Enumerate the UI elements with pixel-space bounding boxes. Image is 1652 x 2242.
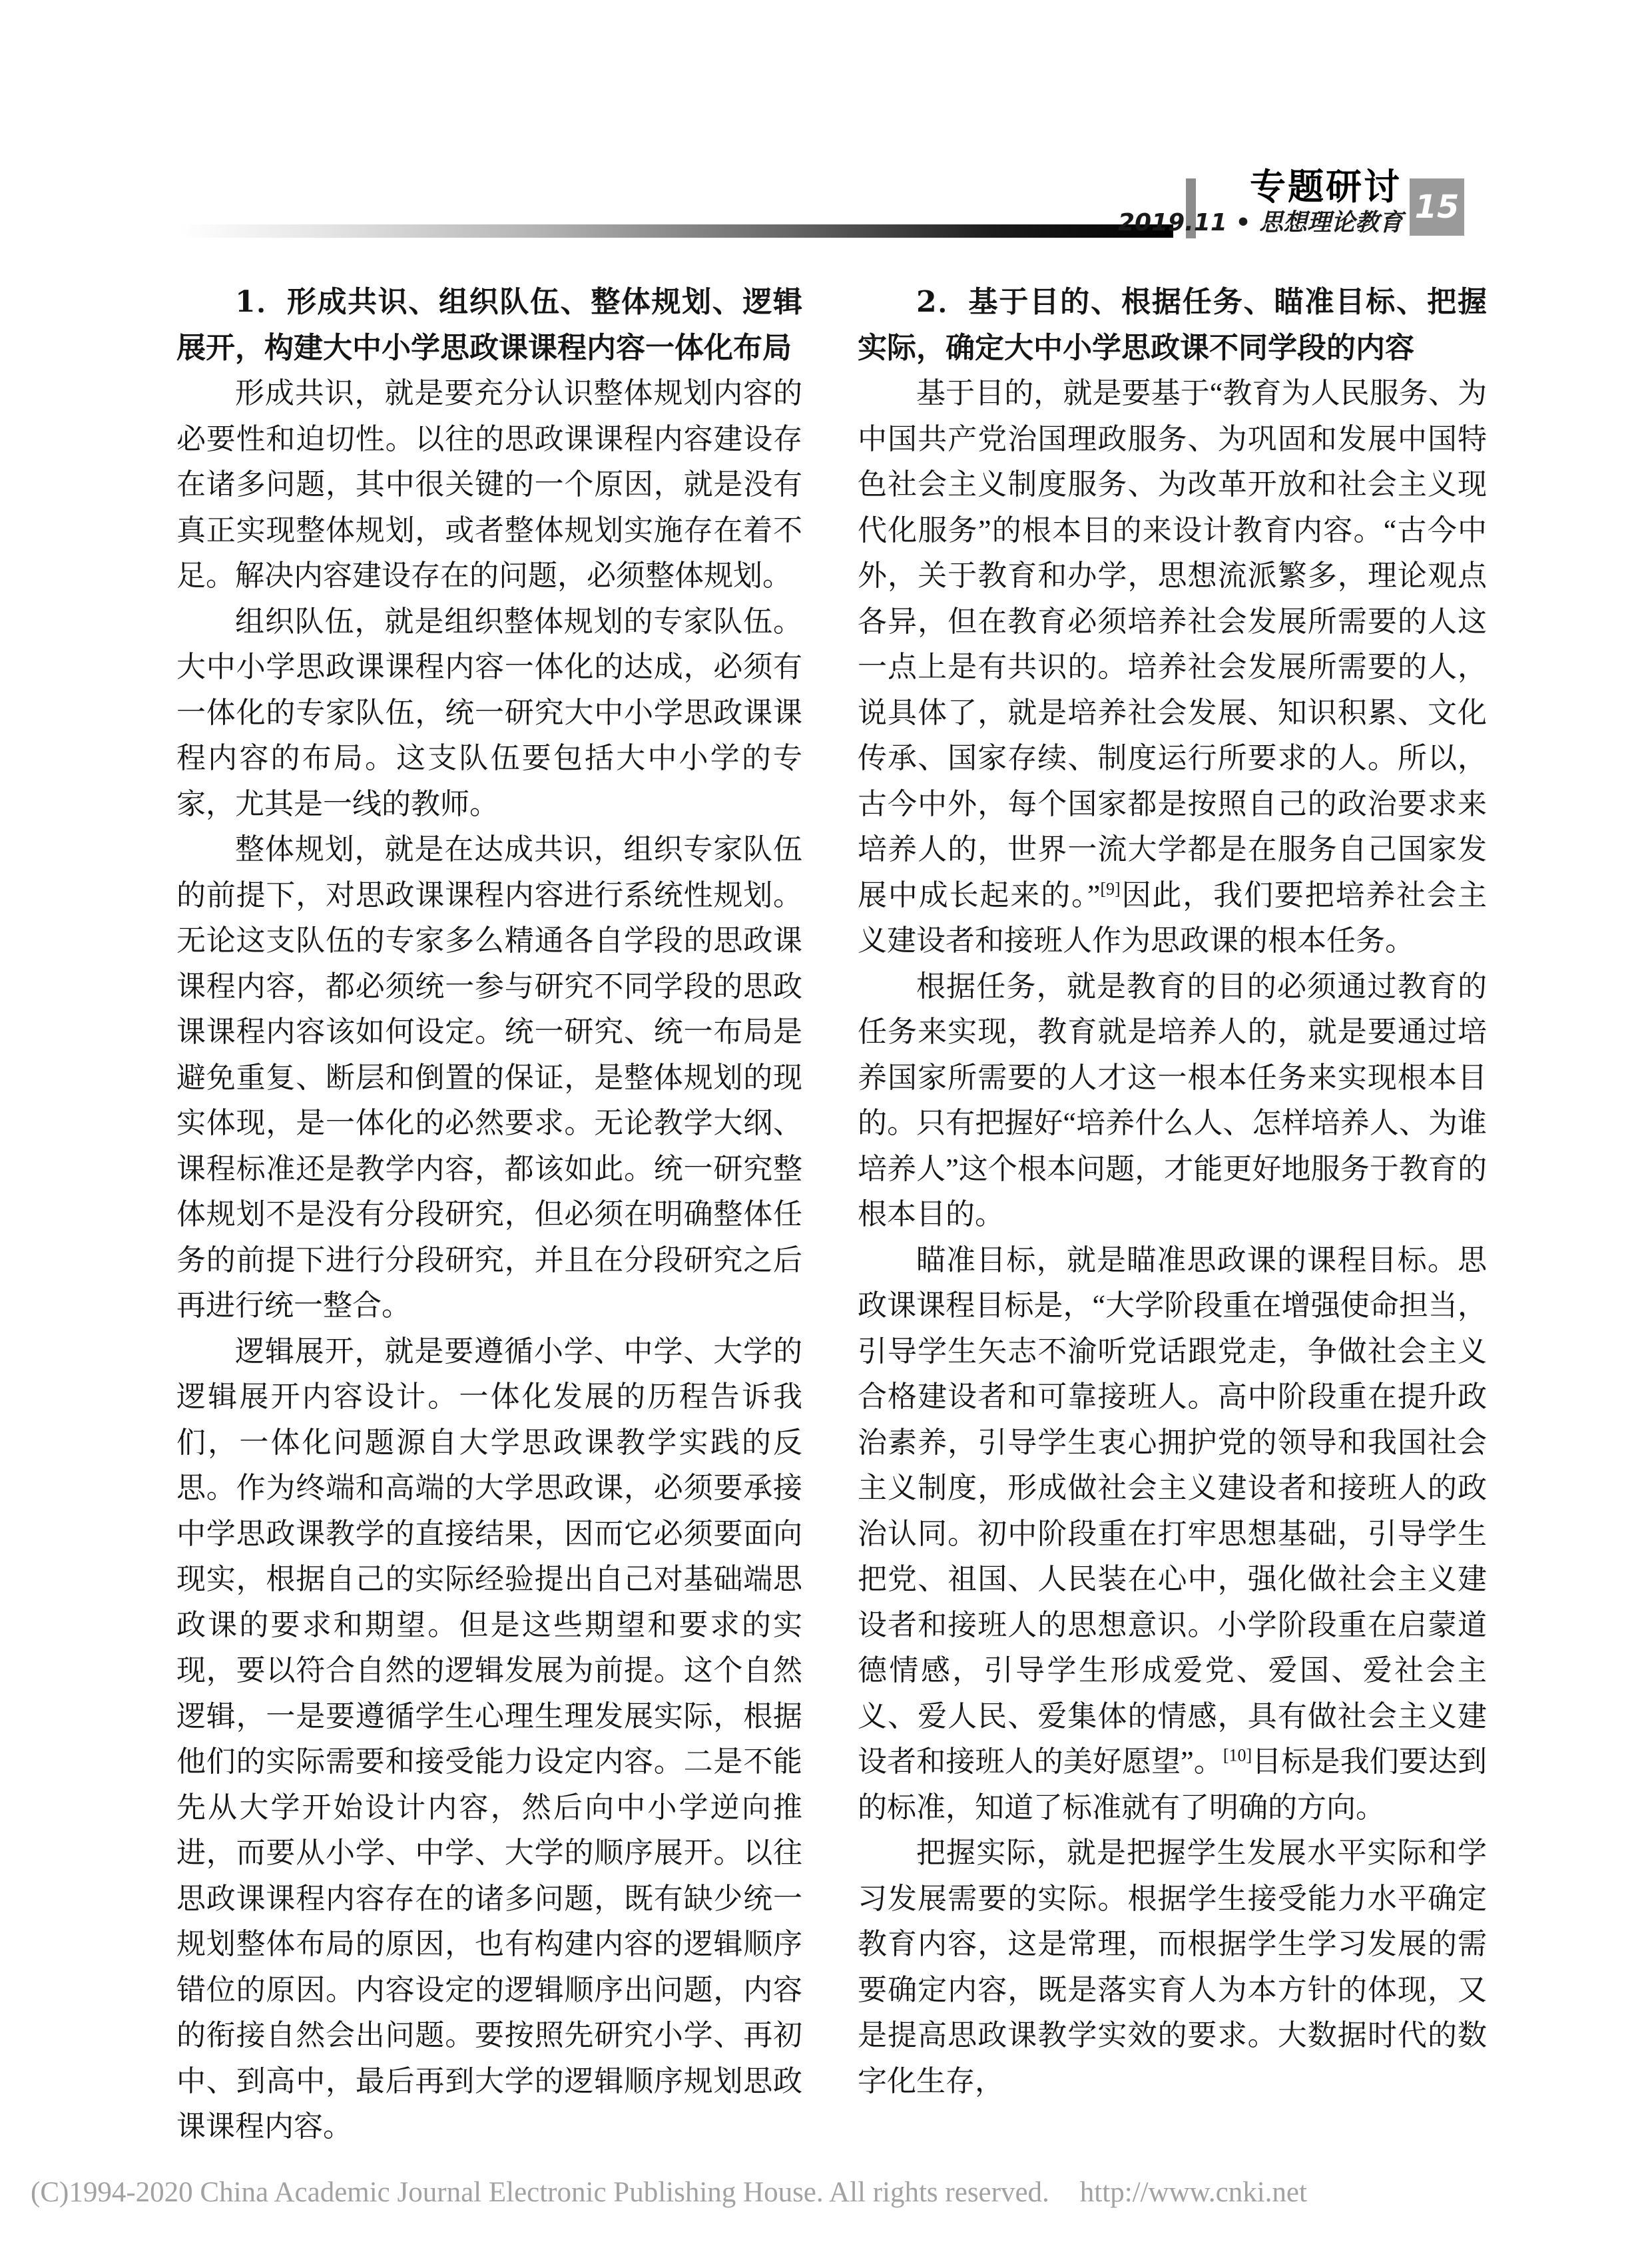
paragraph-text: 瞄准目标，就是瞄准思政课的课程目标。思政课课程目标是，“大学阶段重在增强使命担当…	[858, 1244, 1487, 1779]
issue-info: 2019.11 • 思想理论教育	[1118, 211, 1403, 235]
document-page: 专题研讨 2019.11 • 思想理论教育 15 1．形成共识、组织队伍、整体规…	[0, 0, 1652, 2242]
paragraph: 把握实际，就是把握学生发展水平实际和学习发展需要的实际。根据学生接受能力水平确定…	[858, 1830, 1487, 2104]
page-number-box: 15	[1410, 178, 1464, 236]
paragraph: 形成共识，就是要充分认识整体规划内容的必要性和迫切性。以往的思政课课程内容建设存…	[176, 371, 802, 599]
right-column: 2．基于目的、根据任务、瞄准目标、把握实际，确定大中小学思政课不同学段的内容 基…	[858, 280, 1487, 2104]
copyright-notice: (C)1994-2020 China Academic Journal Elec…	[31, 2177, 1049, 2208]
reference-marker: [10]	[1223, 1745, 1252, 1765]
paragraph: 整体规划，就是在达成共识，组织专家队伍的前提下，对思政课课程内容进行系统性规划。…	[176, 827, 802, 1329]
reference-marker: [9]	[1100, 879, 1120, 898]
section-heading-1: 1．形成共识、组织队伍、整体规划、逻辑展开，构建大中小学思政课课程内容一体化布局	[176, 280, 802, 371]
page-number: 15	[1415, 188, 1460, 226]
paragraph-text: 基于目的，就是要基于“教育为人民服务、为中国共产党治国理政服务、为巩固和发展中国…	[858, 377, 1487, 912]
left-column: 1．形成共识、组织队伍、整体规划、逻辑展开，构建大中小学思政课课程内容一体化布局…	[176, 280, 802, 2150]
header-gradient-bar	[180, 224, 1173, 238]
copyright-line: (C)1994-2020 China Academic Journal Elec…	[31, 2176, 1307, 2209]
paragraph: 组织队伍，就是组织整体规划的专家队伍。大中小学思政课课程内容一体化的达成，必须有…	[176, 599, 802, 828]
paragraph: 瞄准目标，就是瞄准思政课的课程目标。思政课课程目标是，“大学阶段重在增强使命担当…	[858, 1238, 1487, 1831]
copyright-url: http://www.cnki.net	[1080, 2177, 1307, 2208]
section-heading-2: 2．基于目的、根据任务、瞄准目标、把握实际，确定大中小学思政课不同学段的内容	[858, 280, 1487, 371]
paragraph: 逻辑展开，就是要遵循小学、中学、大学的逻辑展开内容设计。一体化发展的历程告诉我们…	[176, 1329, 802, 2150]
paragraph: 基于目的，就是要基于“教育为人民服务、为中国共产党治国理政服务、为巩固和发展中国…	[858, 371, 1487, 964]
section-title: 专题研讨	[1250, 169, 1402, 205]
paragraph: 根据任务，就是教育的目的必须通过教育的任务来实现，教育就是培养人的，就是要通过培…	[858, 964, 1487, 1238]
